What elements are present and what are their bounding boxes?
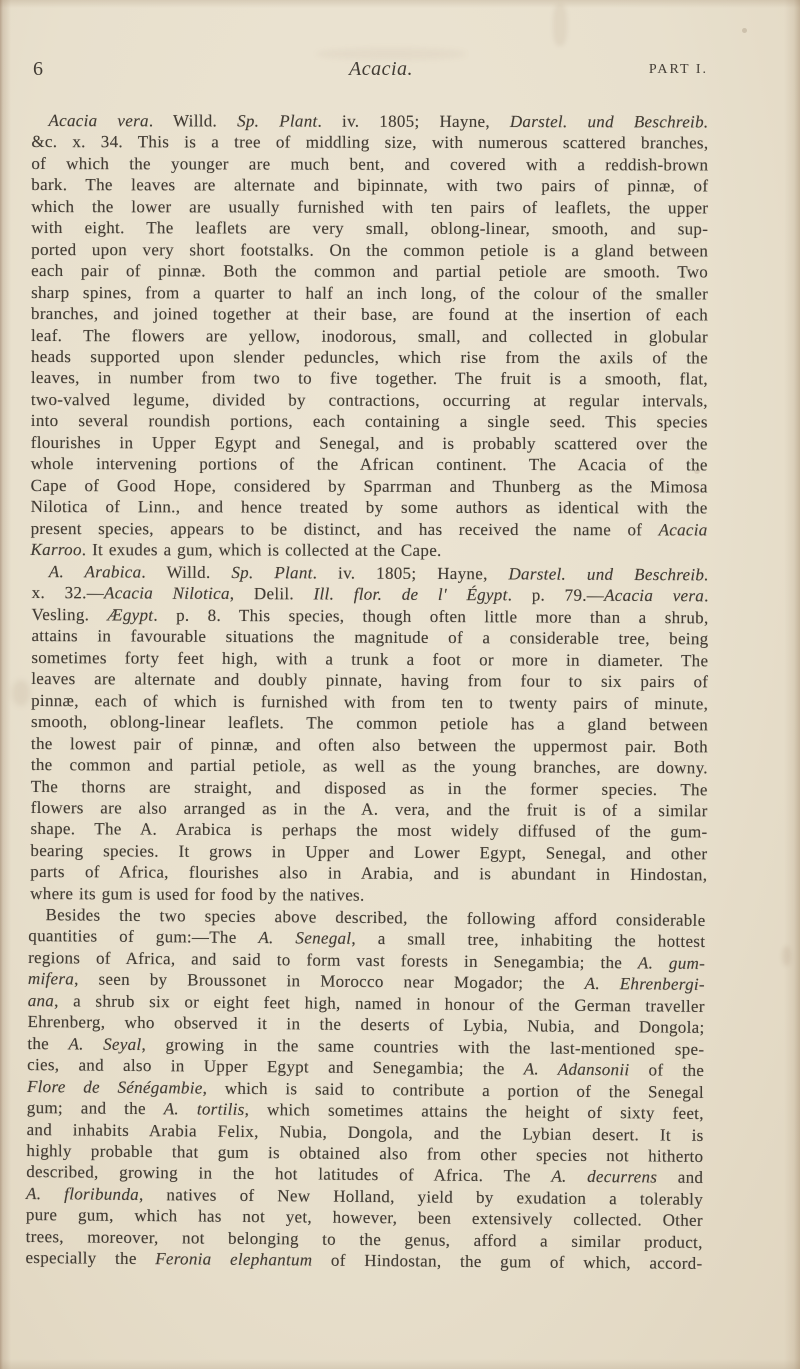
page-number: 6 bbox=[33, 58, 44, 81]
paragraph-acacia-arabica: A. Arabica. Willd. Sp. Plant. iv. 1805; … bbox=[30, 561, 709, 908]
text-line: ported upon very short footstalks. On th… bbox=[31, 239, 708, 262]
paper-stain bbox=[553, 4, 567, 46]
text-line: bark. The leaves are alternate and bipin… bbox=[31, 174, 708, 197]
paper-stain bbox=[742, 28, 747, 33]
text-line: &c. x. 34. This is a tree of middling si… bbox=[31, 131, 708, 154]
paper-stain bbox=[12, 680, 30, 706]
text-line: heads supported upon slender peduncles, … bbox=[31, 346, 708, 369]
text-line: A. Arabica. Willd. Sp. Plant. iv. 1805; … bbox=[32, 561, 709, 586]
text-line: Cape of Good Hope, considered by Sparrma… bbox=[31, 475, 708, 498]
text-line: whole intervening portions of the Africa… bbox=[31, 453, 708, 476]
page-header: 6 Acacia. PART I. bbox=[31, 58, 708, 82]
text-line: present species, appears to be distinct,… bbox=[31, 518, 708, 541]
text-line: two-valved legume, divided by contractio… bbox=[31, 389, 708, 412]
text-line: each pair of pinnæ. Both the common and … bbox=[31, 260, 708, 283]
text-line: of which the younger are much bent, and … bbox=[31, 153, 708, 176]
text-line: flowers are also arranged as in the A. v… bbox=[31, 796, 708, 821]
text-line: pinnæ, each of which is furnished with f… bbox=[31, 689, 708, 714]
text-line: x. 32.—Acacia Nilotica, Delil. Ill. flor… bbox=[32, 582, 709, 607]
part-label: PART I. bbox=[649, 62, 708, 78]
text-line: sharp spines, from a quarter to half an … bbox=[31, 282, 708, 305]
paper-stain bbox=[782, 946, 791, 966]
body-paragraphs: Acacia vera. Willd. Sp. Plant. iv. 1805;… bbox=[31, 110, 708, 1268]
paragraph-acacia-vera: Acacia vera. Willd. Sp. Plant. iv. 1805;… bbox=[31, 110, 709, 562]
text-line: sometimes forty feet high, with a trunk … bbox=[31, 646, 708, 671]
text-line: flourishes in Upper Egypt and Senegal, a… bbox=[31, 432, 708, 455]
running-title: Acacia. bbox=[349, 58, 413, 81]
text-line: leaf. The flowers are yellow, inodorous,… bbox=[31, 325, 708, 348]
text-line: Vesling. Ægypt. p. 8. This species, thou… bbox=[32, 603, 709, 628]
text-line: smooth, oblong-linear leaflets. The comm… bbox=[31, 711, 708, 736]
text-line: bearing species. It grows in Upper and L… bbox=[30, 839, 707, 864]
text-line: with eight. The leaflets are very small,… bbox=[31, 217, 708, 240]
text-line: the common and partial petiole, as well … bbox=[31, 754, 708, 779]
text-line: Acacia vera. Willd. Sp. Plant. iv. 1805;… bbox=[31, 110, 708, 133]
text-line: the lowest pair of pinnæ, and often also… bbox=[31, 732, 708, 757]
book-page: 6 Acacia. PART I. Acacia vera. Willd. Sp… bbox=[0, 0, 800, 1369]
text-line: branches, and joined together at their b… bbox=[31, 303, 708, 326]
text-line: Karroo. It exudes a gum, which is collec… bbox=[31, 539, 708, 562]
text-line: leaves are alternate and doubly pinnate,… bbox=[31, 668, 708, 693]
text-line: The thorns are straight, and disposed as… bbox=[31, 775, 708, 800]
text-line: where its gum is used for food by the na… bbox=[30, 882, 707, 907]
text-line: which the lower are usually furnished wi… bbox=[31, 196, 708, 219]
text-line: attains in favourable situations the mag… bbox=[31, 625, 708, 650]
text-line: into several roundish portions, each con… bbox=[31, 410, 708, 433]
text-line: shape. The A. Arabica is perhaps the mos… bbox=[30, 818, 707, 843]
text-line: leaves, in number from two to five toget… bbox=[31, 367, 708, 390]
text-line: parts of Africa, flourishes also in Arab… bbox=[30, 861, 707, 886]
text-line: Nilotica of Linn., and hence treated by … bbox=[31, 496, 708, 519]
paragraph-other-gum-species: Besides the two species above described,… bbox=[25, 904, 705, 1275]
